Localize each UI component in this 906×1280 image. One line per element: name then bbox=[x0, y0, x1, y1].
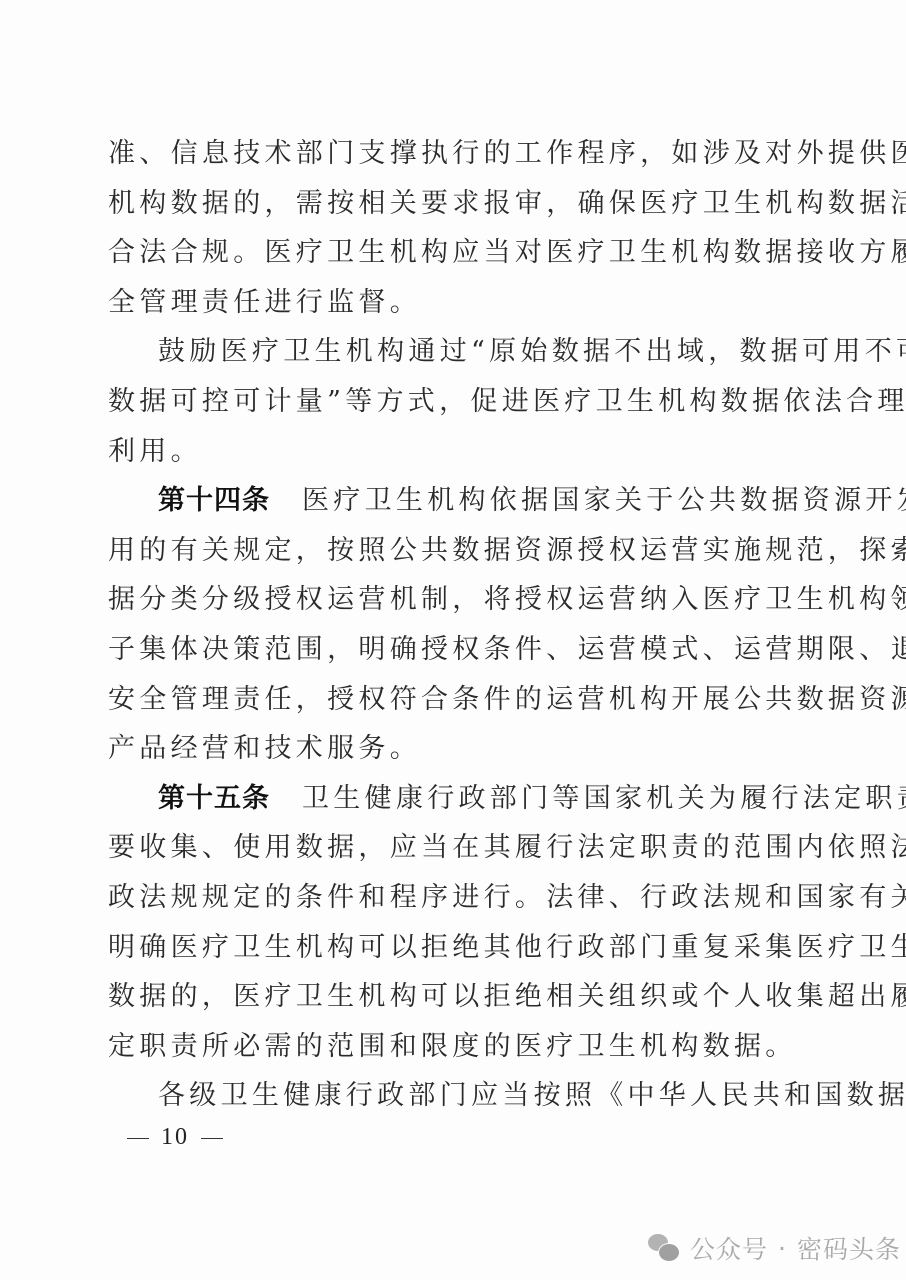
text-line: 准、信息技术部门支撑执行的工作程序，如涉及对外提供医疗卫生 bbox=[108, 129, 776, 179]
text-line: 数据的，医疗卫生机构可以拒绝相关组织或个人收集超出履行法 bbox=[108, 972, 776, 1022]
watermark-account: 密码头条 bbox=[797, 1230, 901, 1266]
text-line: 据分类分级授权运营机制，将授权运营纳入医疗卫生机构领导班 bbox=[108, 575, 776, 625]
watermark: 公众号 · 密码头条 bbox=[648, 1228, 901, 1268]
document-body: 准、信息技术部门支撑执行的工作程序，如涉及对外提供医疗卫生 机构数据的，需按相关… bbox=[108, 129, 776, 1121]
text-line: 要收集、使用数据，应当在其履行法定职责的范围内依照法律、行 bbox=[108, 823, 776, 873]
text-line: 第十五条卫生健康行政部门等国家机关为履行法定职责需 bbox=[108, 774, 776, 824]
paragraph-continuation: 准、信息技术部门支撑执行的工作程序，如涉及对外提供医疗卫生 机构数据的，需按相关… bbox=[108, 129, 776, 327]
text-line: 全管理责任进行监督。 bbox=[108, 278, 776, 328]
text-line: 用的有关规定，按照公共数据资源授权运营实施规范，探索建立数 bbox=[108, 526, 776, 576]
page-number: 10 bbox=[115, 1124, 235, 1151]
text-line: 产品经营和技术服务。 bbox=[108, 724, 776, 774]
page-number-value: 10 bbox=[161, 1124, 189, 1150]
text-line: 子集体决策范围，明确授权条件、运营模式、运营期限、退出机制和 bbox=[108, 625, 776, 675]
text-line: 安全管理责任，授权符合条件的运营机构开展公共数据资源开发、 bbox=[108, 675, 776, 725]
watermark-separator: · bbox=[778, 1234, 787, 1263]
watermark-label: 公众号 bbox=[690, 1230, 768, 1266]
article-14: 第十四条医疗卫生机构依据国家关于公共数据资源开发利 用的有关规定，按照公共数据资… bbox=[108, 476, 776, 774]
text-line: 合法合规。医疗卫生机构应当对医疗卫生机构数据接收方履行安 bbox=[108, 228, 776, 278]
text-line: 各级卫生健康行政部门应当按照《中华人民共和国数据安全 bbox=[108, 1071, 776, 1121]
text-line: 利用。 bbox=[108, 427, 776, 477]
dash-right bbox=[201, 1138, 223, 1139]
text-line: 第十四条医疗卫生机构依据国家关于公共数据资源开发利 bbox=[108, 476, 776, 526]
article-text: 卫生健康行政部门等国家机关为履行法定职责需 bbox=[302, 783, 906, 814]
article-text: 医疗卫生机构依据国家关于公共数据资源开发利 bbox=[302, 485, 906, 516]
article-number: 第十四条 bbox=[158, 485, 270, 516]
paragraph-encourage: 鼓励医疗卫生机构通过“原始数据不出域，数据可用不可见， 数据可控可计量”等方式，… bbox=[108, 327, 776, 476]
text-line: 定职责所必需的范围和限度的医疗卫生机构数据。 bbox=[108, 1022, 776, 1072]
text-line: 鼓励医疗卫生机构通过“原始数据不出域，数据可用不可见， bbox=[108, 327, 776, 377]
wechat-icon bbox=[648, 1234, 680, 1262]
document-page: 准、信息技术部门支撑执行的工作程序，如涉及对外提供医疗卫生 机构数据的，需按相关… bbox=[0, 0, 906, 1280]
article-number: 第十五条 bbox=[158, 783, 270, 814]
text-line: 机构数据的，需按相关要求报审，确保医疗卫生机构数据活动流程 bbox=[108, 179, 776, 229]
text-line: 政法规规定的条件和程序进行。法律、行政法规和国家有关规定 bbox=[108, 873, 776, 923]
dash-left bbox=[127, 1138, 149, 1139]
text-line: 数据可控可计量”等方式，促进医疗卫生机构数据依法合理有效 bbox=[108, 377, 776, 427]
article-15: 第十五条卫生健康行政部门等国家机关为履行法定职责需 要收集、使用数据，应当在其履… bbox=[108, 774, 776, 1072]
paragraph-final: 各级卫生健康行政部门应当按照《中华人民共和国数据安全 bbox=[108, 1071, 776, 1121]
text-line: 明确医疗卫生机构可以拒绝其他行政部门重复采集医疗卫生机构 bbox=[108, 923, 776, 973]
